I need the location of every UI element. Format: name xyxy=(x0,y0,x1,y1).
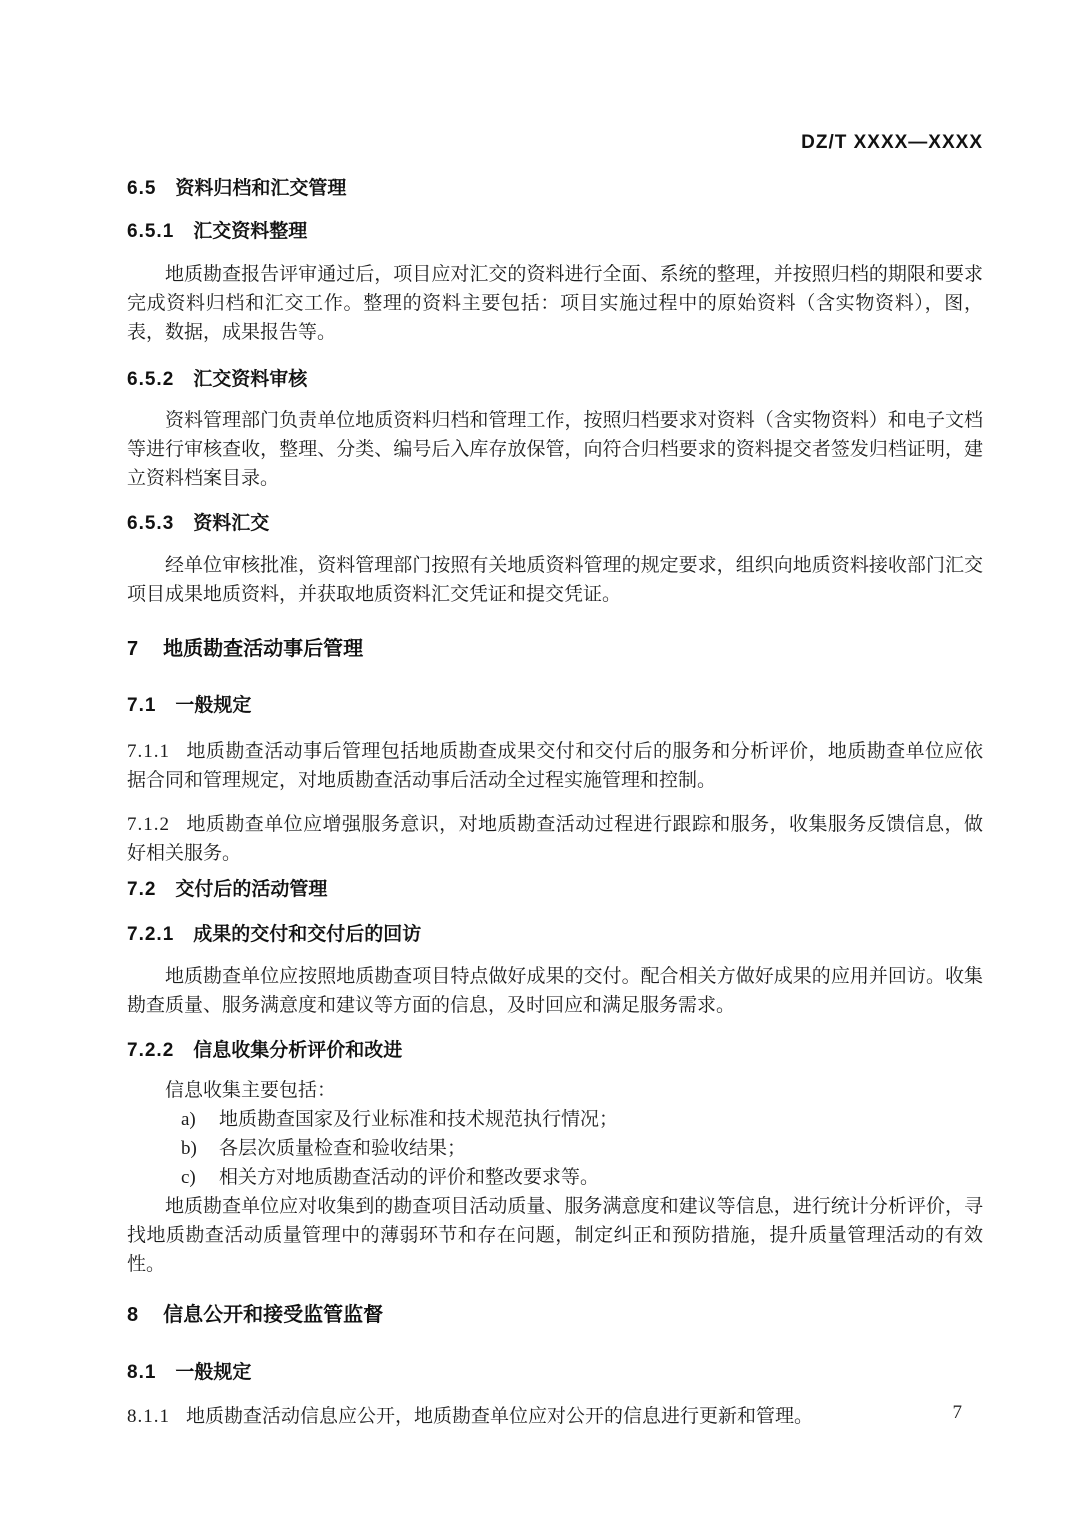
chapter-number: 8 xyxy=(127,1305,139,1326)
section-title: 汇交资料整理 xyxy=(193,221,307,242)
chapter-title: 地质勘查活动事后管理 xyxy=(163,638,363,660)
document-content: DZ/T XXXX—XXXX 6.5资料归档和汇交管理 6.5.1汇交资料整理 … xyxy=(0,0,1080,1431)
section-title: 信息收集分析评价和改进 xyxy=(193,1040,402,1061)
clause-number: 7.1.1 xyxy=(127,741,170,762)
section-title: 资料汇交 xyxy=(193,513,269,534)
section-number: 6.5.2 xyxy=(127,369,174,390)
section-heading-6-5: 6.5资料归档和汇交管理 xyxy=(127,178,983,199)
list-text: 各层次质量检查和验收结果； xyxy=(219,1134,466,1163)
clause-text: 地质勘查活动信息应公开，地质勘查单位应对公开的信息进行更新和管理。 xyxy=(186,1406,813,1427)
section-title: 资料归档和汇交管理 xyxy=(175,178,346,199)
list-item-a: a)地质勘查国家及行业标准和技术规范执行情况； xyxy=(127,1105,983,1134)
paragraph-7-2-1: 地质勘查单位应按照地质勘查项目特点做好成果的交付。配合相关方做好成果的应用并回访… xyxy=(127,962,983,1020)
list-text: 地质勘查国家及行业标准和技术规范执行情况； xyxy=(219,1105,618,1134)
section-heading-7-2-2: 7.2.2信息收集分析评价和改进 xyxy=(127,1040,983,1061)
list-item-b: b)各层次质量检查和验收结果； xyxy=(127,1134,983,1163)
section-title: 一般规定 xyxy=(175,1362,251,1383)
clause-8-1-1: 8.1.1地质勘查活动信息应公开，地质勘查单位应对公开的信息进行更新和管理。 xyxy=(127,1402,983,1431)
chapter-title: 信息公开和接受监管监督 xyxy=(163,1304,383,1326)
paragraph-6-5-2: 资料管理部门负责单位地质资料归档和管理工作，按照归档要求对资料（含实物资料）和电… xyxy=(127,406,983,493)
clause-7-1-1: 7.1.1地质勘查活动事后管理包括地质勘查成果交付和交付后的服务和分析评价，地质… xyxy=(127,737,983,795)
list-marker: b) xyxy=(181,1134,219,1163)
section-title: 交付后的活动管理 xyxy=(175,879,327,900)
section-number: 6.5.1 xyxy=(127,221,174,242)
section-title: 一般规定 xyxy=(175,695,251,716)
section-heading-7-1: 7.1一般规定 xyxy=(127,695,983,716)
section-heading-6-5-2: 6.5.2汇交资料审核 xyxy=(127,369,983,390)
document-header-code: DZ/T XXXX—XXXX xyxy=(127,133,983,153)
section-heading-7-2-1: 7.2.1成果的交付和交付后的回访 xyxy=(127,924,983,945)
clause-number: 8.1.1 xyxy=(127,1406,170,1427)
clause-text: 地质勘查单位应增强服务意识，对地质勘查活动过程进行跟踪和服务，收集服务反馈信息，… xyxy=(127,814,983,864)
section-heading-8-1: 8.1一般规定 xyxy=(127,1362,983,1383)
section-number: 6.5.3 xyxy=(127,513,174,534)
document-page: DZ/T XXXX—XXXX 6.5资料归档和汇交管理 6.5.1汇交资料整理 … xyxy=(0,0,1080,1527)
clause-number: 7.1.2 xyxy=(127,814,170,835)
section-number: 8.1 xyxy=(127,1362,156,1383)
section-title: 成果的交付和交付后的回访 xyxy=(193,924,421,945)
page-number: 7 xyxy=(953,1402,963,1424)
section-heading-6-5-3: 6.5.3资料汇交 xyxy=(127,513,983,534)
paragraph-6-5-3: 经单位审核批准，资料管理部门按照有关地质资料管理的规定要求，组织向地质资料接收部… xyxy=(127,551,983,609)
section-heading-6-5-1: 6.5.1汇交资料整理 xyxy=(127,221,983,242)
section-number: 7.2.2 xyxy=(127,1040,174,1061)
chapter-heading-8: 8信息公开和接受监管监督 xyxy=(127,1305,983,1326)
section-number: 7.1 xyxy=(127,695,156,716)
section-number: 7.2.1 xyxy=(127,924,174,945)
chapter-heading-7: 7地质勘查活动事后管理 xyxy=(127,639,983,660)
list-item-c: c)相关方对地质勘查活动的评价和整改要求等。 xyxy=(127,1163,983,1192)
section-number: 7.2 xyxy=(127,879,156,900)
clause-text: 地质勘查活动事后管理包括地质勘查成果交付和交付后的服务和分析评价，地质勘查单位应… xyxy=(127,741,983,791)
paragraph-info-collection-intro: 信息收集主要包括： xyxy=(127,1076,983,1105)
list-marker: c) xyxy=(181,1163,219,1192)
paragraph-6-5-1: 地质勘查报告评审通过后，项目应对汇交的资料进行全面、系统的整理，并按照归档的期限… xyxy=(127,260,983,347)
section-title: 汇交资料审核 xyxy=(193,369,307,390)
ordered-list: a)地质勘查国家及行业标准和技术规范执行情况； b)各层次质量检查和验收结果； … xyxy=(127,1105,983,1192)
section-number: 6.5 xyxy=(127,178,156,199)
paragraph-analysis-improvement: 地质勘查单位应对收集到的勘查项目活动质量、服务满意度和建议等信息，进行统计分析评… xyxy=(127,1192,983,1279)
chapter-number: 7 xyxy=(127,639,139,660)
clause-7-1-2: 7.1.2地质勘查单位应增强服务意识，对地质勘查活动过程进行跟踪和服务，收集服务… xyxy=(127,810,983,868)
list-text: 相关方对地质勘查活动的评价和整改要求等。 xyxy=(219,1163,599,1192)
list-marker: a) xyxy=(181,1105,219,1134)
section-heading-7-2: 7.2交付后的活动管理 xyxy=(127,879,983,900)
